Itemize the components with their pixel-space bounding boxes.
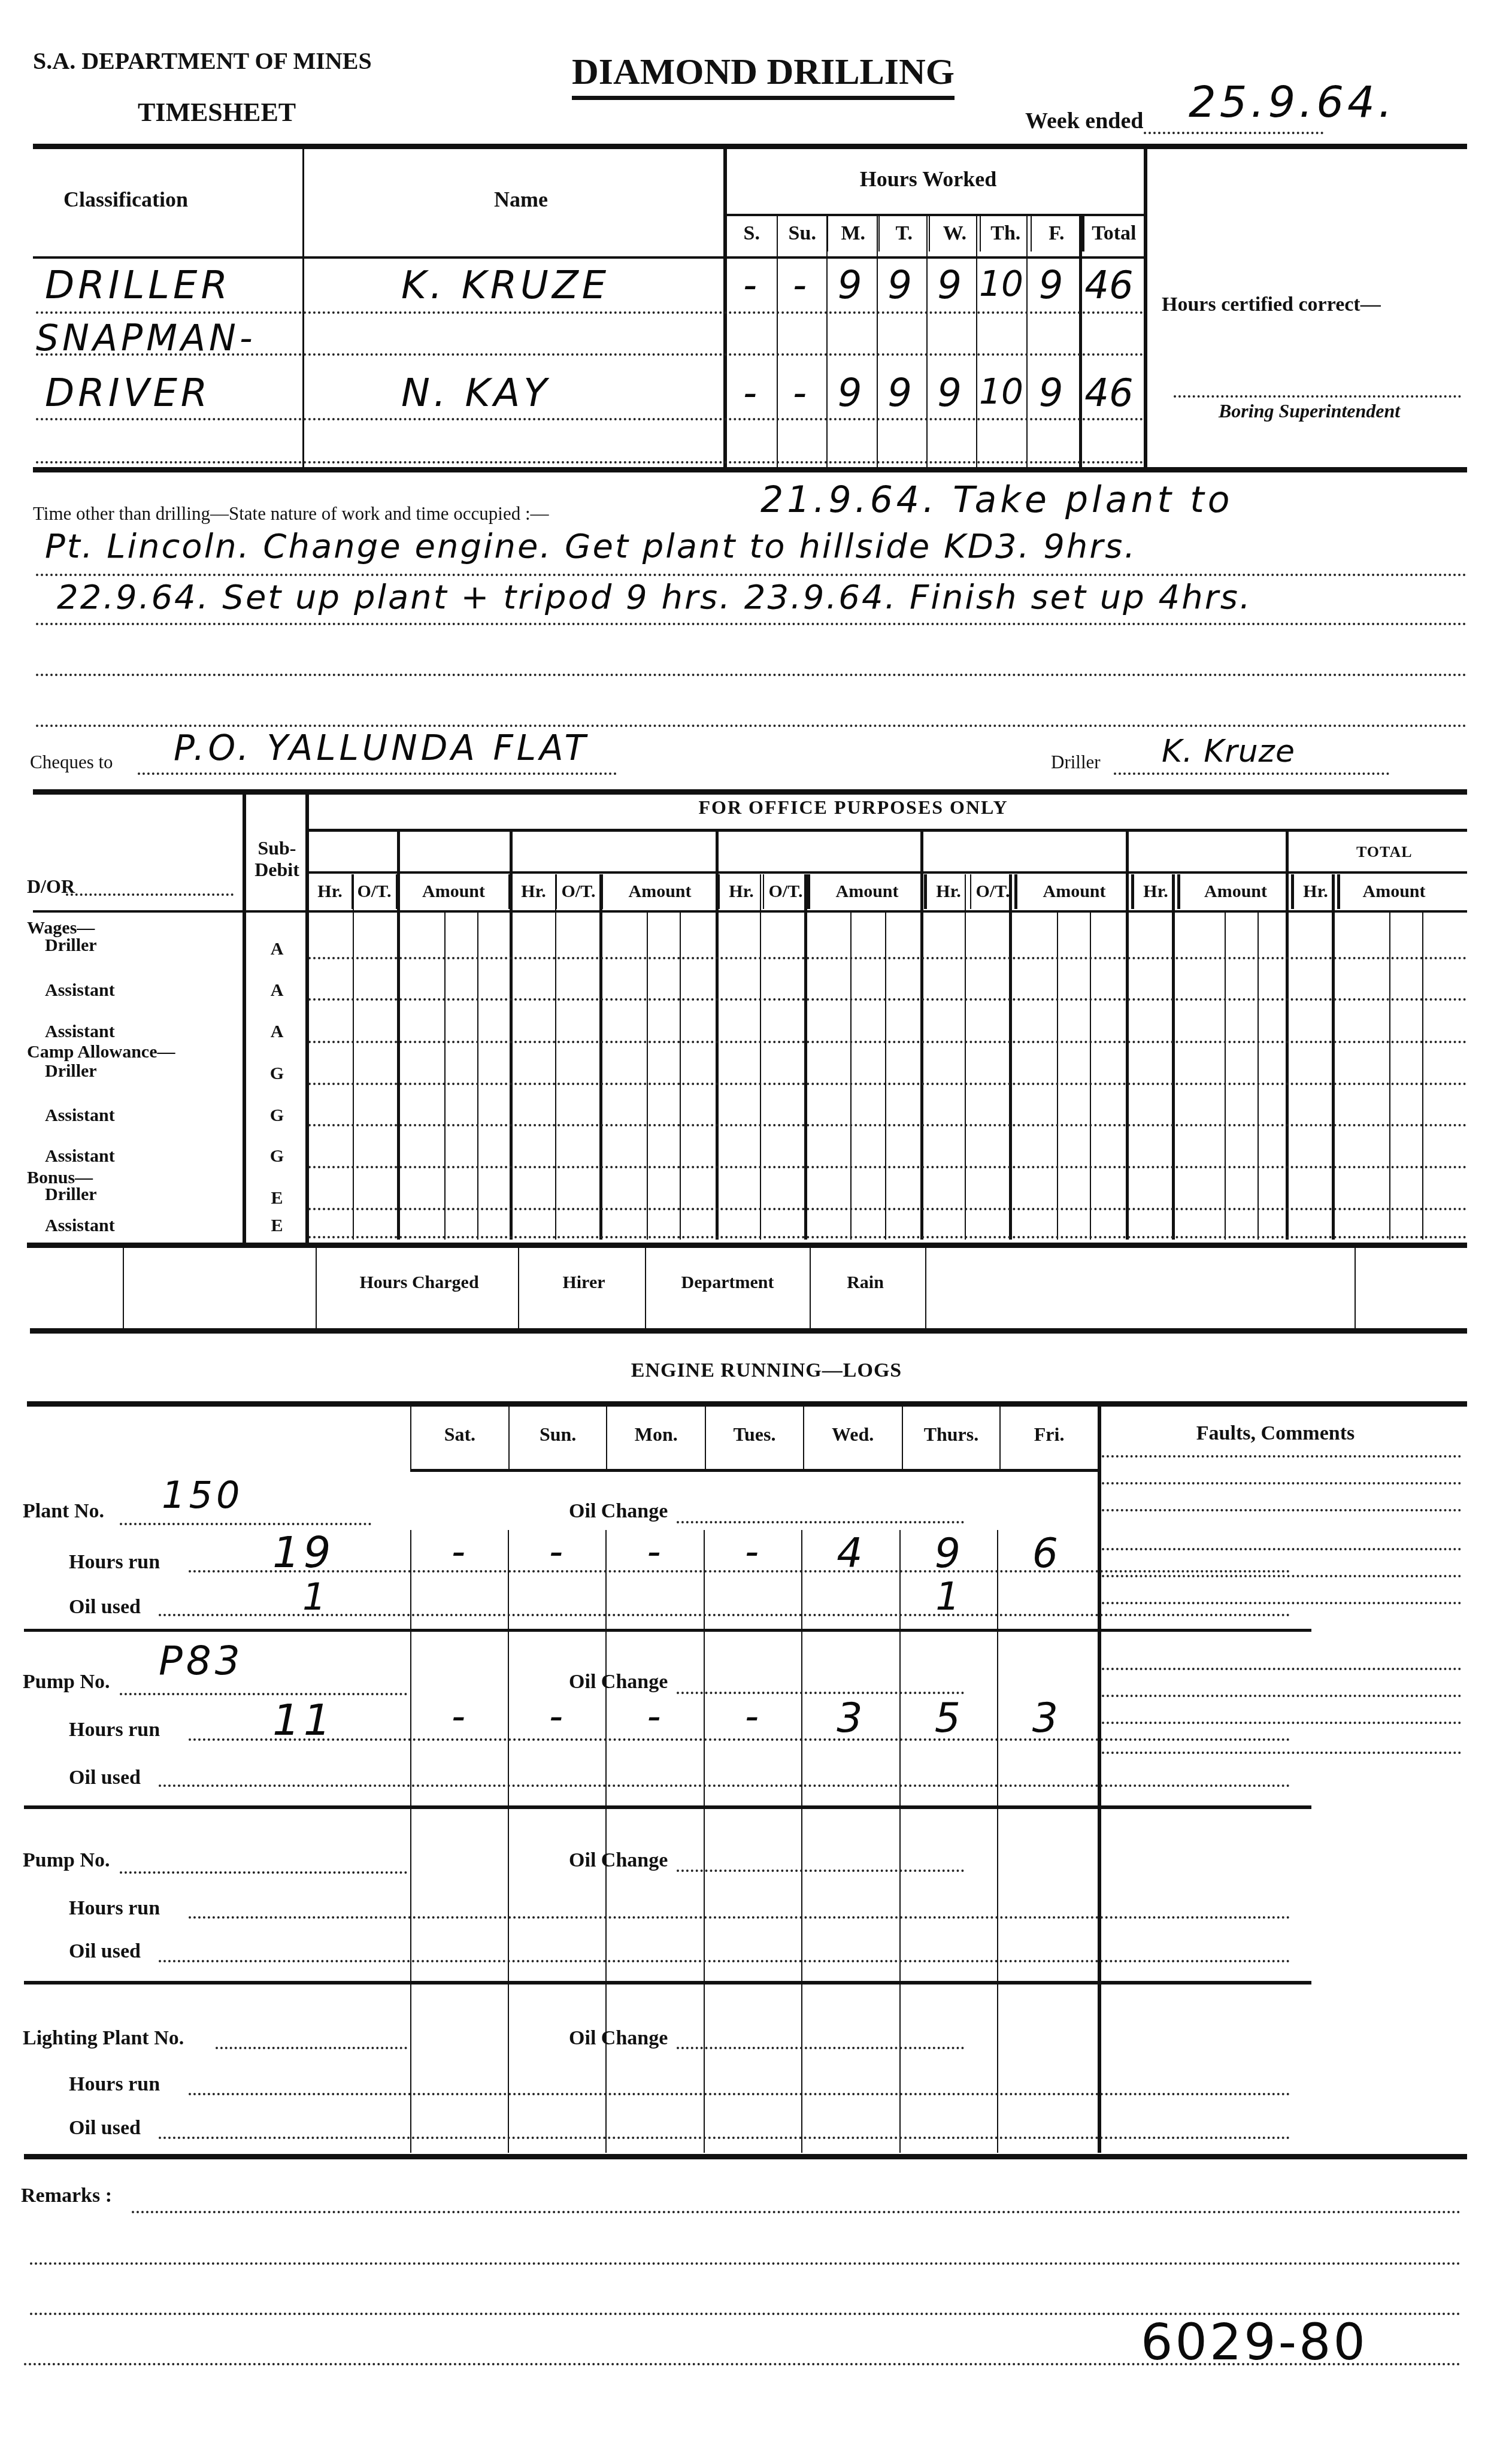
classification-row-2[interactable]: SNAPMAN- (36, 317, 256, 359)
oil-change-label: Oil Change (569, 2027, 668, 2050)
row-label: Driller (45, 1184, 97, 1205)
office-column-headers: Hr. O/T. Amount Hr. O/T. Amount Hr. O/T.… (308, 874, 1467, 909)
other-time-line-3[interactable]: 22.9.64. Set up plant + tripod 9 hrs. 23… (57, 578, 1252, 617)
row-label: Assistant (45, 1146, 115, 1167)
oil-cell[interactable] (607, 1575, 705, 1617)
col-hr: Hr. (720, 874, 764, 909)
hours-run-label: Hours run (69, 2073, 160, 2096)
reference-number: 6029-80 (1141, 2313, 1368, 2371)
hours-cell[interactable]: - (705, 1695, 802, 1737)
hours-cell[interactable]: - (607, 1695, 705, 1737)
rain-label: Rain (817, 1272, 913, 1293)
hours-row-3: - - 9 9 9 10 9 46 (727, 371, 1144, 419)
oil-used-label: Oil used (69, 1767, 141, 1789)
oil-cell[interactable] (998, 1575, 1096, 1617)
engine-day: Mon. (606, 1404, 705, 1469)
hours-cell[interactable]: - (509, 1695, 607, 1737)
form-name: TIMESHEET (138, 97, 296, 128)
hours-total[interactable]: 46 (1079, 263, 1139, 311)
row-group-camp: Camp Allowance— (27, 1042, 175, 1062)
hours-cell[interactable]: - (705, 1530, 802, 1572)
hours-cell[interactable]: 10 (976, 371, 1026, 419)
engine-day: Tues. (705, 1404, 803, 1469)
row-code: G (249, 1064, 305, 1084)
faults-comments-label: Faults, Comments (1120, 1422, 1431, 1445)
hours-charged-label: Hours Charged (335, 1272, 503, 1293)
pump-hours-total[interactable]: 11 (272, 1695, 335, 1745)
name-row-1[interactable]: K. KRUZE (401, 263, 610, 308)
engine-day: Fri. (999, 1404, 1098, 1469)
hours-run-label: Hours run (69, 1551, 160, 1574)
row-label: Assistant (45, 1105, 115, 1126)
col-amount: Amount (1340, 874, 1448, 909)
oil-change-label: Oil Change (569, 1500, 668, 1523)
week-ended-value[interactable]: 25.9.64. (1189, 77, 1396, 127)
row-code: A (249, 980, 305, 1001)
hours-total[interactable]: 46 (1079, 371, 1139, 419)
hours-cell[interactable]: 10 (976, 263, 1026, 311)
day-thu: Th. (981, 216, 1032, 252)
row-label: Assistant (45, 980, 115, 1001)
day-mon: M. (828, 216, 880, 252)
other-time-label: Time other than drilling—State nature of… (33, 503, 549, 525)
department-title: S.A. DEPARTMENT OF MINES (33, 47, 372, 75)
col-classification-header: Classification (36, 187, 216, 212)
engine-day-headers: Sat. Sun. Mon. Tues. Wed. Thurs. Fri. (410, 1404, 1098, 1472)
hours-cell[interactable]: 9 (826, 263, 877, 311)
day-tue: T. (880, 216, 931, 252)
hours-cell[interactable]: - (411, 1530, 509, 1572)
row-code: A (249, 1022, 305, 1042)
cheques-label: Cheques to (30, 752, 113, 773)
plant-oil-total[interactable]: 1 (302, 1575, 329, 1619)
oil-change-label: Oil Change (569, 1671, 668, 1693)
col-ot: O/T. (764, 874, 810, 909)
engine-day: Sun. (508, 1404, 607, 1469)
col-ot: O/T. (557, 874, 603, 909)
other-time-line-1[interactable]: 21.9.64. Take plant to (760, 479, 1233, 521)
row-code: E (249, 1216, 305, 1236)
oil-cell[interactable] (411, 1575, 509, 1617)
name-row-3[interactable]: N. KAY (401, 371, 550, 416)
row-label: Driller (45, 1061, 97, 1081)
driller-signature[interactable]: K. Kruze (1162, 734, 1295, 769)
col-ot: O/T. (353, 874, 399, 909)
other-time-line-2[interactable]: Pt. Lincoln. Change engine. Get plant to… (45, 527, 1137, 566)
hours-certified-label: Hours certified correct— (1162, 293, 1381, 316)
hours-cell[interactable]: 9 (1026, 371, 1079, 419)
row-label: Driller (45, 935, 97, 956)
oil-used-label: Oil used (69, 1596, 141, 1619)
col-name-header: Name (419, 187, 623, 212)
row-label: Assistant (45, 1216, 115, 1236)
hours-cell[interactable]: 9 (877, 371, 926, 419)
col-hr: Hr. (308, 874, 353, 909)
hours-day-headers: S. Su. M. T. W. Th. F. Total (727, 216, 1144, 252)
office-purposes-banner: FOR OFFICE PURPOSES ONLY (659, 796, 1048, 819)
row-code: A (249, 939, 305, 959)
hours-cell[interactable]: 3 (998, 1695, 1096, 1737)
hours-cell[interactable]: 9 (877, 263, 926, 311)
hours-run-label: Hours run (69, 1897, 160, 1920)
classification-row-1[interactable]: DRILLER (45, 263, 231, 308)
col-amount: Amount (1180, 874, 1294, 909)
col-amount: Amount (399, 874, 511, 909)
page-title: DIAMOND DRILLING (572, 51, 955, 100)
day-sat: S. (727, 216, 778, 252)
oil-cell[interactable] (802, 1575, 901, 1617)
boring-superintendent-label: Boring Superintendent (1219, 400, 1400, 422)
hours-cell[interactable]: - (607, 1530, 705, 1572)
row-code: E (249, 1188, 305, 1208)
department-label: Department (653, 1272, 802, 1293)
subdebit-label: Sub-Debit (249, 837, 305, 880)
pump-no-label: Pump No. (23, 1671, 110, 1693)
cheques-to-value[interactable]: P.O. YALLUNDA FLAT (174, 728, 589, 768)
hours-cell[interactable]: - (727, 263, 777, 311)
pump-no-value[interactable]: P83 (159, 1638, 244, 1684)
plant-hours-row: - - - - 4 9 6 (411, 1530, 1098, 1572)
plant-no-value[interactable]: 150 (162, 1473, 243, 1517)
hours-cell[interactable]: - (411, 1695, 509, 1737)
oil-used-label: Oil used (69, 2117, 141, 2140)
hours-cell[interactable]: - (509, 1530, 607, 1572)
remarks-label: Remarks : (21, 2185, 112, 2207)
col-amount: Amount (810, 874, 927, 909)
pump-hours-row: - - - - 3 5 3 (411, 1695, 1098, 1737)
col-hr: Hr. (511, 874, 557, 909)
hours-cell[interactable]: 9 (926, 371, 976, 419)
hours-cell[interactable]: 9 (926, 263, 976, 311)
hours-cell[interactable]: 6 (998, 1530, 1096, 1572)
row-code: G (249, 1105, 305, 1126)
day-sun: Su. (778, 216, 829, 252)
classification-row-3[interactable]: DRIVER (45, 371, 211, 416)
hours-cell[interactable]: - (777, 371, 826, 419)
hirer-label: Hirer (539, 1272, 629, 1293)
hours-cell[interactable]: 9 (901, 1530, 998, 1572)
engine-logs-title: ENGINE RUNNING—LOGS (527, 1359, 1006, 1382)
total-label: TOTAL (1356, 843, 1413, 861)
hours-cell[interactable]: - (777, 263, 826, 311)
plant-oil-row: 1 (411, 1575, 1098, 1617)
col-amount: Amount (1017, 874, 1134, 909)
lighting-plant-no-label: Lighting Plant No. (23, 2027, 184, 2050)
engine-day: Wed. (803, 1404, 902, 1469)
hours-cell[interactable]: 9 (1026, 263, 1079, 311)
oil-change-label: Oil Change (569, 1849, 668, 1872)
oil-used-label: Oil used (69, 1940, 141, 1963)
plant-no-label: Plant No. (23, 1500, 104, 1523)
oil-cell[interactable] (705, 1575, 802, 1617)
pump-no-label-2: Pump No. (23, 1849, 110, 1872)
driller-label: Driller (1051, 752, 1101, 773)
hours-run-label: Hours run (69, 1719, 160, 1741)
hours-worked-header: Hours Worked (772, 166, 1084, 192)
col-amount: Amount (603, 874, 720, 909)
hours-cell[interactable]: - (727, 371, 777, 419)
oil-cell[interactable]: 1 (901, 1575, 998, 1617)
engine-day: Sat. (410, 1404, 508, 1469)
hours-cell[interactable]: 5 (901, 1695, 998, 1737)
row-label: Assistant (45, 1022, 115, 1042)
plant-hours-total[interactable]: 19 (272, 1527, 335, 1577)
hours-cell[interactable]: 4 (802, 1530, 901, 1572)
week-ended-label: Week ended (1025, 108, 1143, 134)
engine-day: Thurs. (902, 1404, 1000, 1469)
hours-cell[interactable]: 3 (802, 1695, 901, 1737)
day-wed: W. (930, 216, 981, 252)
day-fri: F. (1032, 216, 1084, 252)
hours-cell[interactable]: 9 (826, 371, 877, 419)
day-total: Total (1084, 216, 1144, 252)
oil-cell[interactable] (509, 1575, 607, 1617)
hours-row-1: - - 9 9 9 10 9 46 (727, 263, 1144, 311)
row-code: G (249, 1146, 305, 1167)
